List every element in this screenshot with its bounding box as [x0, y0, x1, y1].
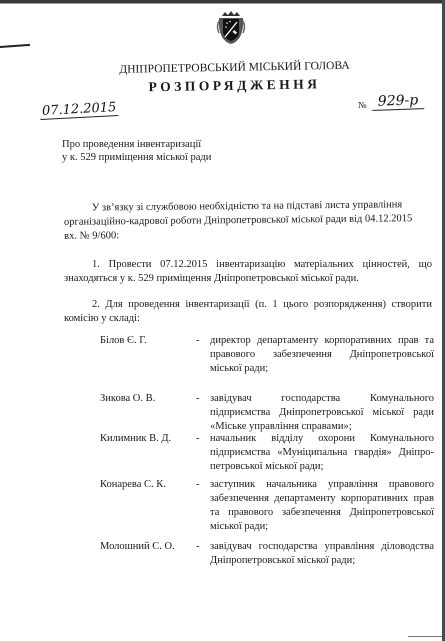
member-dash: - — [196, 478, 210, 534]
document-type-text: РОЗПОРЯДЖЕННЯ — [148, 76, 320, 94]
scan-bottom-edge — [408, 636, 442, 637]
commission-member: Молошний С. О. - завідувач господарства … — [100, 540, 434, 568]
scan-artifact-line — [0, 44, 30, 48]
document-page: ДНІПРОПЕТРОВСЬКИЙ МІСЬКИЙ ГОЛОВА РОЗПОРЯ… — [0, 0, 445, 641]
member-name: Килимник В. Д. — [100, 432, 196, 474]
commission-member: Килимник В. Д. - начальник відділу охоро… — [100, 432, 434, 474]
member-name: Зикова О. В. — [100, 392, 196, 434]
item-1-line: 1. Провести 07.12.2015 інвентаризацію ма… — [64, 258, 432, 272]
preamble-paragraph: У зв’язку зі службовою необхідністю та н… — [64, 198, 414, 244]
commission-member: Зикова О. В. - завідувач господарства Ко… — [100, 392, 434, 434]
member-dash: - — [196, 334, 210, 376]
preamble-line: вх. № 9/600: — [64, 226, 414, 244]
item-2-line: 2. Для проведення інвентаризації (п. 1 ц… — [64, 298, 432, 312]
member-role: заступник начальника управління правовог… — [210, 478, 434, 534]
commission-member: Конарева С. К. - заступник начальника уп… — [100, 478, 434, 534]
member-role: завідувач господарства управління ділово… — [210, 540, 434, 568]
subject-line: Про проведення інвентаризації — [62, 138, 211, 151]
member-role: начальник відділу охорони Комунального п… — [210, 432, 434, 474]
document-subject: Про проведення інвентаризації у к. 529 п… — [62, 138, 211, 164]
number-label: № — [358, 100, 367, 110]
scan-top-border-shadow — [0, 3, 445, 4]
item-1-continuation: знаходяться у к. 529 приміщення Дніпропе… — [64, 272, 432, 286]
handwritten-date: 07.12.2015 — [40, 100, 119, 120]
subject-line: у к. 529 приміщення міської ради — [62, 151, 211, 164]
coat-of-arms-icon — [216, 9, 246, 45]
handwritten-number: 929-р — [372, 92, 425, 111]
member-dash: - — [196, 392, 210, 434]
member-role: завідувач господарства Комунального підп… — [210, 392, 434, 434]
member-name: Молошний С. О. — [100, 540, 196, 568]
member-dash: - — [196, 540, 210, 568]
member-name: Білов Є. Г. — [100, 334, 196, 376]
member-name: Конарева С. К. — [100, 478, 196, 534]
member-role: директор департаменту корпоративних прав… — [210, 334, 434, 376]
item-2-continuation: комісію у складі: — [64, 312, 432, 326]
authority-text: ДНІПРОПЕТРОВСЬКИЙ МІСЬКИЙ ГОЛОВА — [119, 60, 350, 76]
commission-member: Білов Є. Г. - директор департаменту корп… — [100, 334, 434, 376]
member-dash: - — [196, 432, 210, 474]
